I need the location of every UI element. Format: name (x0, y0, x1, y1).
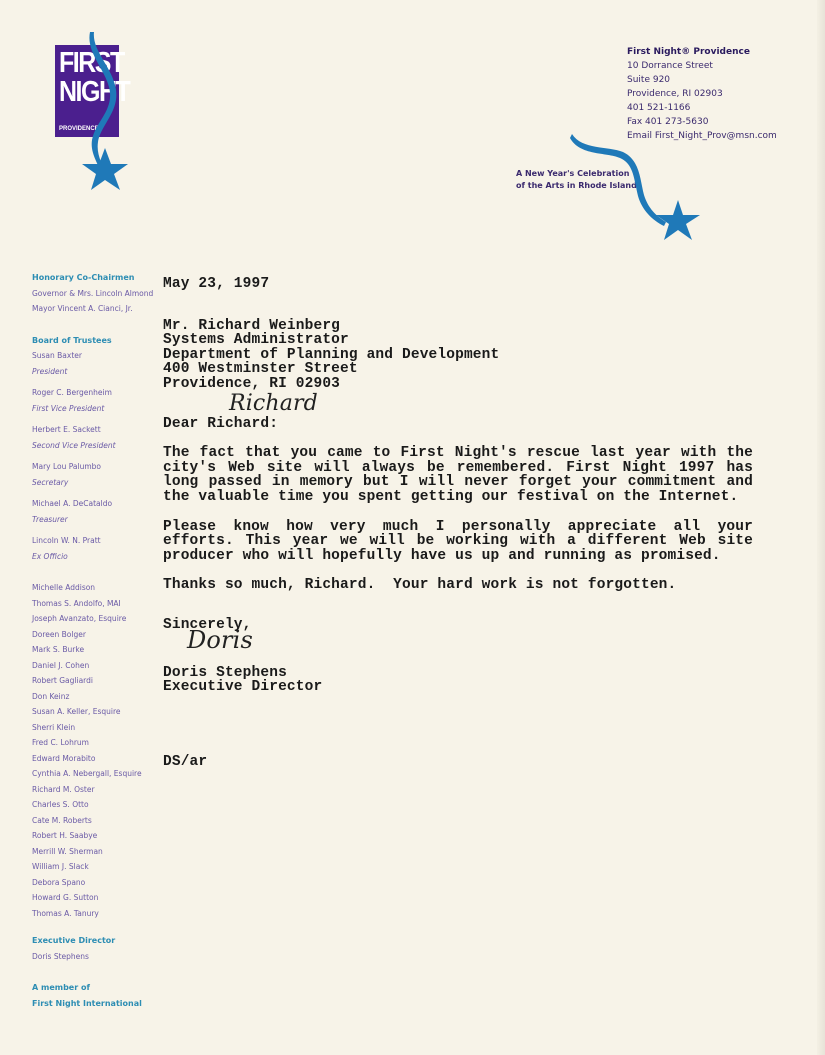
recipient-department: Department of Planning and Development (163, 348, 753, 363)
trustee-name: Charles S. Otto (32, 797, 167, 813)
trustee-name: Howard G. Sutton (32, 890, 167, 906)
trustee-name: Michelle Addison (32, 580, 167, 596)
officer-role: Second Vice President (32, 438, 167, 454)
trustee-name: Thomas S. Andolfo, MAI (32, 596, 167, 612)
trustee-name: Daniel J. Cohen (32, 658, 167, 674)
address-line: Providence, RI 02903 (627, 87, 777, 101)
logo-streamer-star-icon (70, 30, 140, 205)
header-streamer-star-icon (568, 130, 713, 252)
officer-role: Secretary (32, 475, 167, 491)
trustee-name: Fred C. Lohrum (32, 735, 167, 751)
honorary-name: Governor & Mrs. Lincoln Almond (32, 286, 167, 302)
trustee-name: Thomas A. Tanury (32, 906, 167, 922)
member-of-label: A member of (32, 980, 167, 996)
first-night-international: First Night International (32, 996, 167, 1012)
officer-role: Treasurer (32, 512, 167, 528)
phone-line: 401 521-1166 (627, 101, 777, 115)
officer-role: President (32, 364, 167, 380)
handwritten-salutation: Richard (229, 397, 318, 412)
trustee-name: Cate M. Roberts (32, 813, 167, 829)
trustee-name: Joseph Avanzato, Esquire (32, 611, 167, 627)
trustee-name: Mark S. Burke (32, 642, 167, 658)
recipient-city: Providence, RI 02903 (163, 377, 753, 392)
trustee-name: Doreen Bolger (32, 627, 167, 643)
officer-name: Mary Lou Palumbo (32, 459, 167, 475)
reference-initials: DS/ar (163, 755, 753, 770)
recipient-title: Systems Administrator (163, 333, 753, 348)
signer-name: Doris Stephens (163, 666, 753, 681)
address-line: 10 Dorrance Street (627, 59, 777, 73)
trustee-name: William J. Slack (32, 859, 167, 875)
trustee-name: Don Keinz (32, 689, 167, 705)
trustee-name: Merrill W. Sherman (32, 844, 167, 860)
trustee-name: Edward Morabito (32, 751, 167, 767)
trustee-name: Robert Gagliardi (32, 673, 167, 689)
recipient-name: Mr. Richard Weinberg (163, 319, 753, 334)
trustee-name: Susan A. Keller, Esquire (32, 704, 167, 720)
paragraph-3: Thanks so much, Richard. Your hard work … (163, 578, 753, 593)
officer-name: Roger C. Bergenheim (32, 385, 167, 401)
page-edge (817, 0, 825, 1055)
trustee-name: Debora Spano (32, 875, 167, 891)
trustee-name: Robert H. Saabye (32, 828, 167, 844)
salutation: Dear Richard: (163, 417, 753, 432)
paragraph-1: The fact that you came to First Night's … (163, 446, 753, 504)
address-line: Suite 920 (627, 73, 777, 87)
paragraph-2: Please know how very much I personally a… (163, 520, 753, 564)
sidebar-board-list: Honorary Co-Chairmen Governor & Mrs. Lin… (32, 270, 167, 1011)
letterhead-address: First Night® Providence 10 Dorrance Stre… (627, 45, 777, 143)
signature: Doris (187, 633, 253, 648)
trustee-list: Michelle AddisonThomas S. Andolfo, MAIJo… (32, 580, 167, 921)
officer-name: Susan Baxter (32, 348, 167, 364)
letter-date: May 23, 1997 (163, 277, 753, 292)
trustee-name: Richard M. Oster (32, 782, 167, 798)
trustee-name: Cynthia A. Nebergall, Esquire (32, 766, 167, 782)
organization-name: First Night® Providence (627, 45, 777, 59)
recipient-street: 400 Westminster Street (163, 362, 753, 377)
exec-director-name: Doris Stephens (32, 949, 167, 965)
officer-name: Michael A. DeCataldo (32, 496, 167, 512)
officer-role: First Vice President (32, 401, 167, 417)
trustee-name: Sherri Klein (32, 720, 167, 736)
officer-role: Ex Officio (32, 549, 167, 565)
honorary-name: Mayor Vincent A. Cianci, Jr. (32, 301, 167, 317)
exec-director-heading: Executive Director (32, 933, 167, 949)
board-heading: Board of Trustees (32, 333, 167, 349)
letter-body: May 23, 1997 Mr. Richard Weinberg System… (163, 277, 753, 769)
officer-name: Herbert E. Sackett (32, 422, 167, 438)
signer-title: Executive Director (163, 680, 753, 695)
officer-name: Lincoln W. N. Pratt (32, 533, 167, 549)
fax-line: Fax 401 273-5630 (627, 115, 777, 129)
honorary-heading: Honorary Co-Chairmen (32, 270, 167, 286)
